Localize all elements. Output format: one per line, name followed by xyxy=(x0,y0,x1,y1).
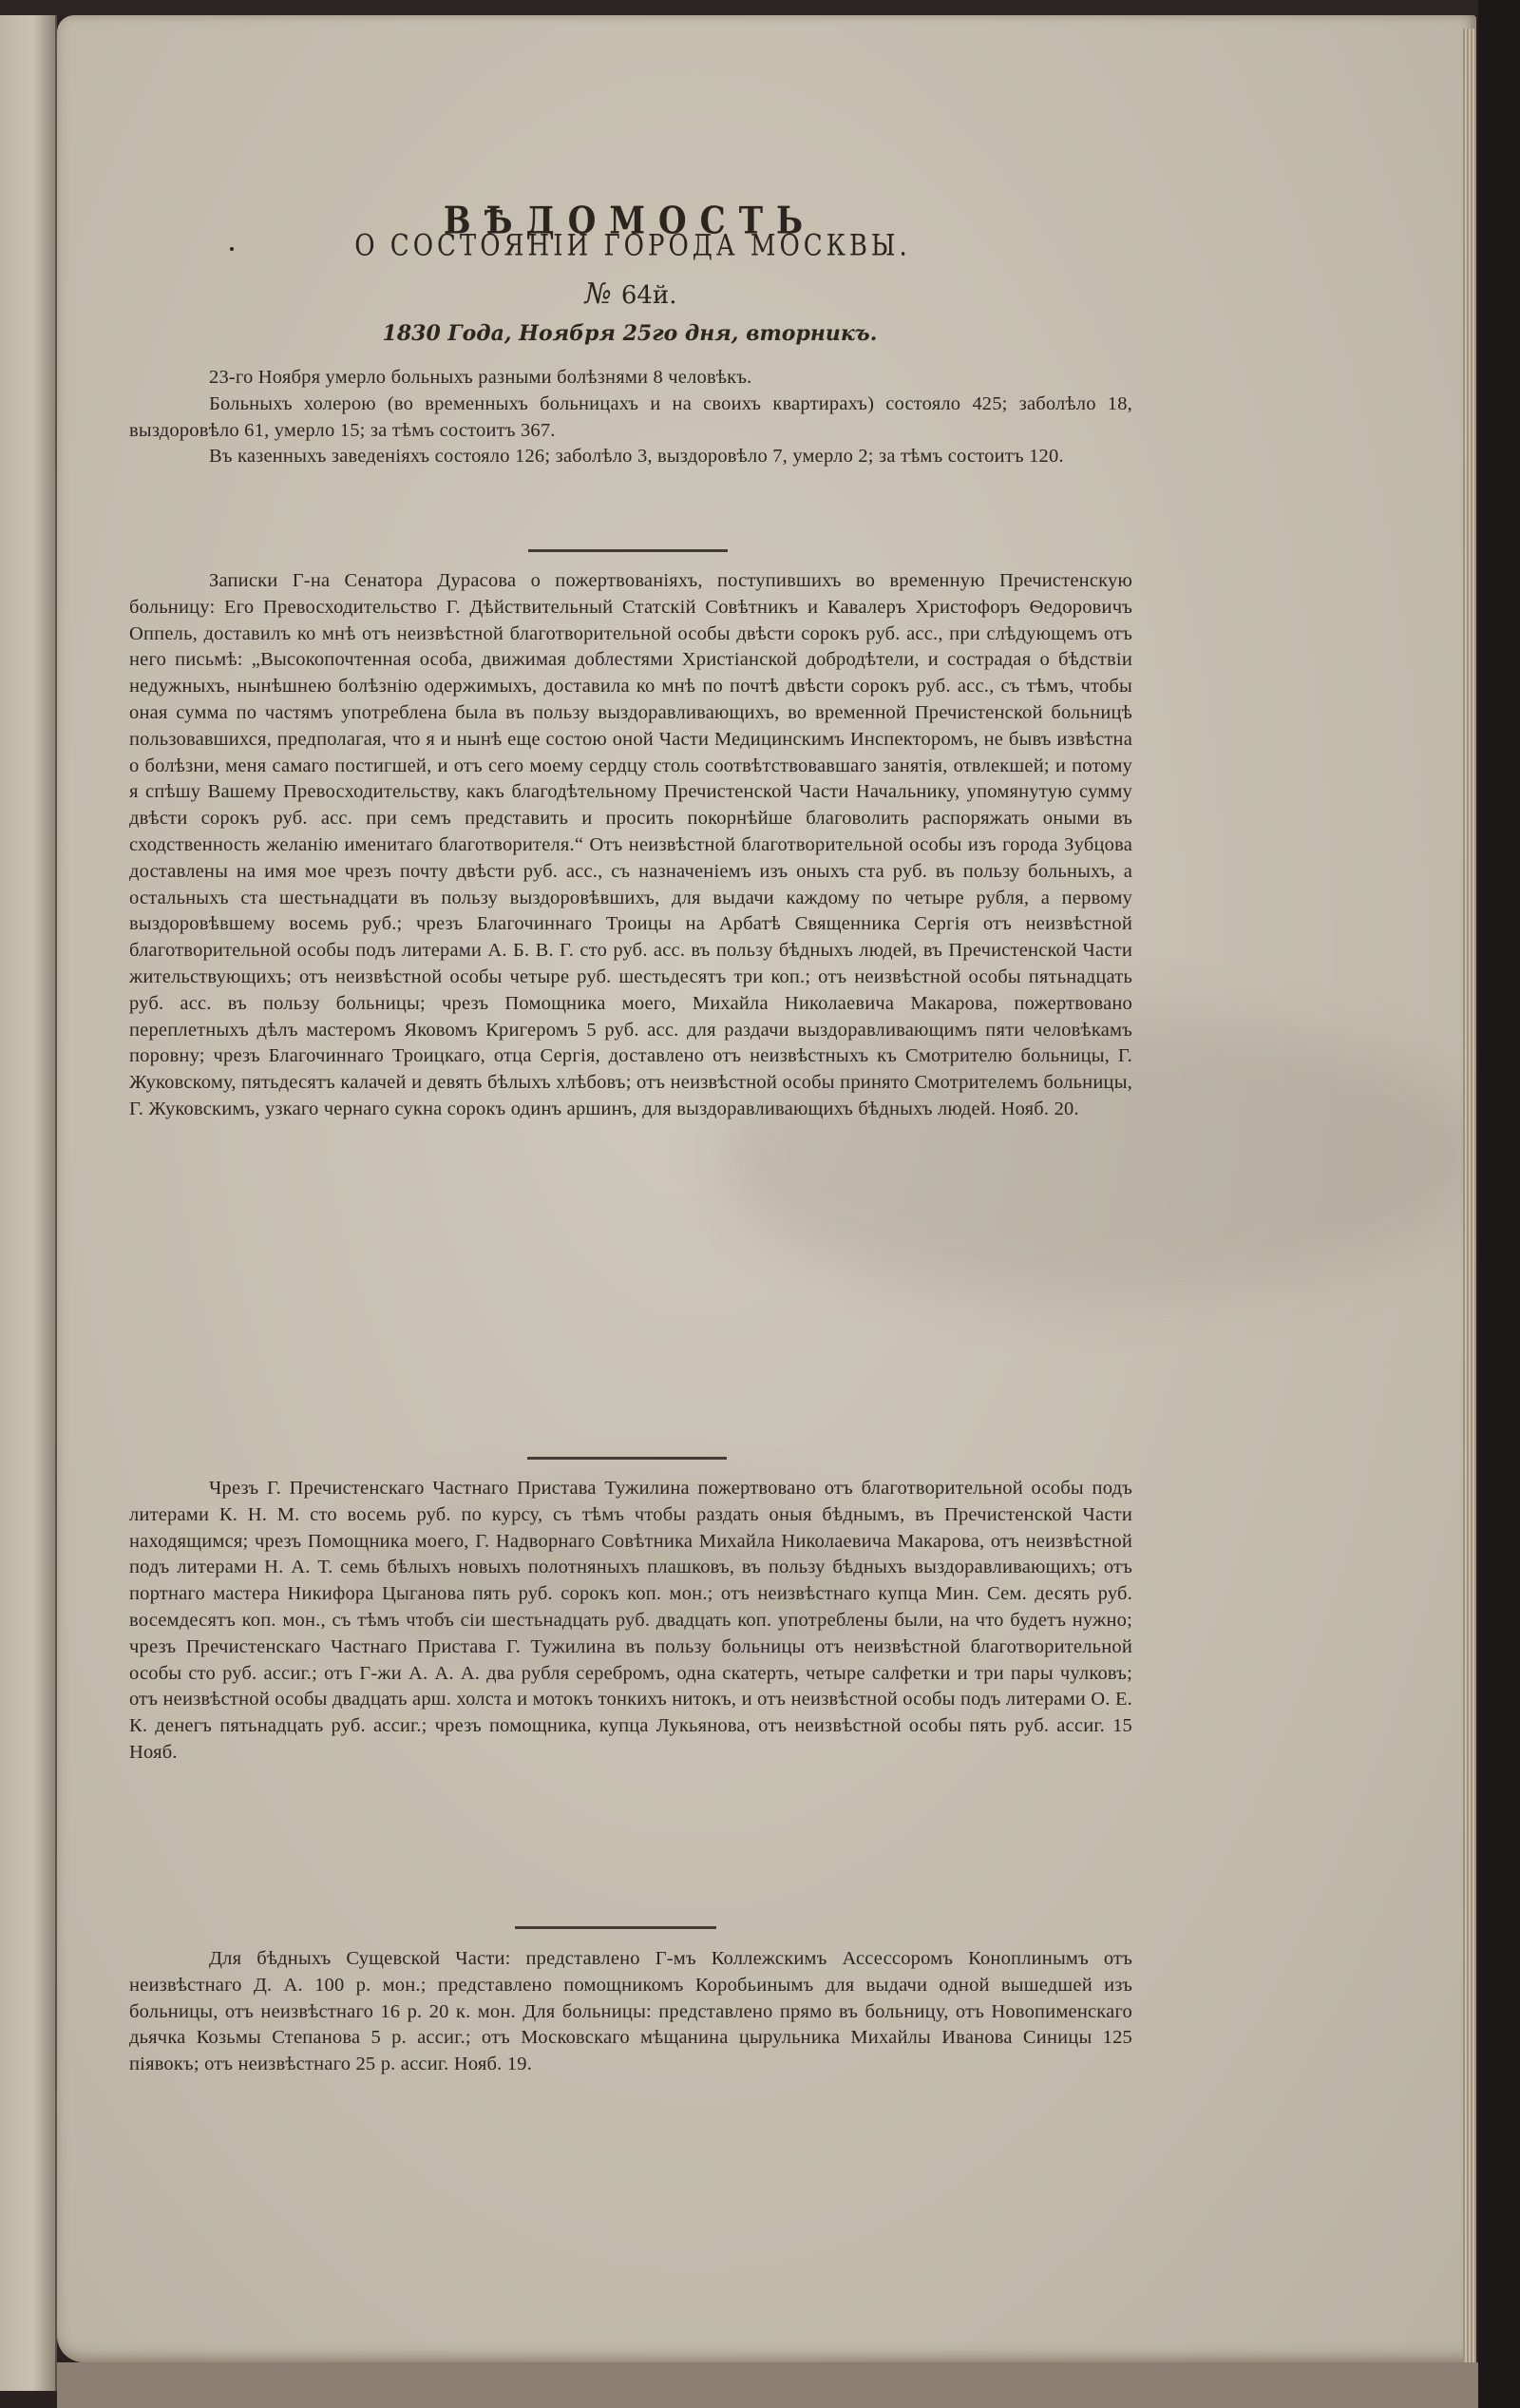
summary-paragraph: 23-го Ноября умерло больныхъ разными бол… xyxy=(129,365,1132,392)
issue-number-value: 64й. xyxy=(621,281,677,310)
page-stack-edge xyxy=(1463,29,1476,2366)
section-divider xyxy=(515,1926,716,1929)
numero-sign: № xyxy=(584,277,611,311)
summary-paragraph: Больныхъ холерою (во временныхъ больница… xyxy=(129,392,1132,445)
scan-bottom-band xyxy=(57,2362,1478,2408)
scan-top-strip xyxy=(0,0,1520,15)
dateline: 1830 Года, Ноября 25го дня, вторникъ. xyxy=(0,321,1390,346)
donations-section-3: Для бѣдныхъ Сущевской Части: представлен… xyxy=(129,1946,1132,2078)
adjacent-page-edge xyxy=(0,15,57,2391)
page-subtitle: О СОСТОЯНІИ ГОРОДА МОСКВЫ. xyxy=(0,229,1393,263)
scan-right-border xyxy=(1478,0,1520,2408)
donations-section-2: Чрезъ Г. Пречистенскаго Частнаго Пристав… xyxy=(129,1476,1132,1767)
section-paragraph: Записки Г-на Сенатора Дурасова о пожертв… xyxy=(129,568,1132,1123)
section-paragraph: Для бѣдныхъ Сущевской Части: представлен… xyxy=(129,1946,1132,2078)
summary-paragraph: Въ казенныхъ заведеніяхъ состояло 126; з… xyxy=(129,444,1132,470)
section-divider xyxy=(527,1457,727,1460)
donations-section-1: Записки Г-на Сенатора Дурасова о пожертв… xyxy=(129,568,1132,1123)
section-divider xyxy=(528,549,728,552)
summary-block: 23-го Ноября умерло больныхъ разными бол… xyxy=(129,365,1132,470)
issue-number: №64й. xyxy=(0,277,1391,311)
section-paragraph: Чрезъ Г. Пречистенскаго Частнаго Пристав… xyxy=(129,1476,1132,1767)
